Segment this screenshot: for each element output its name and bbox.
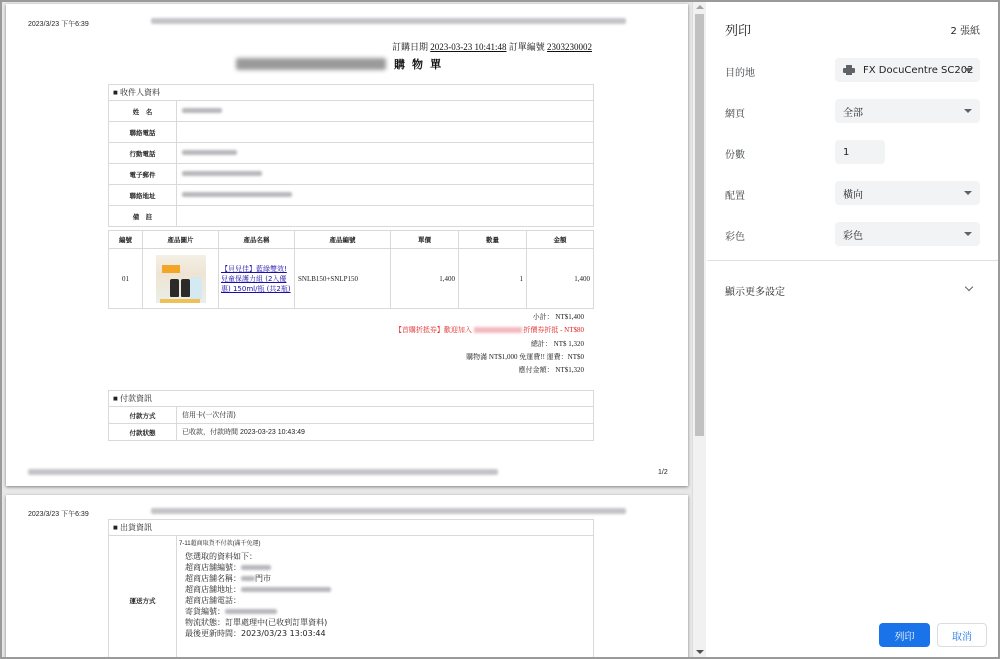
product-amount: 1,400 (527, 249, 594, 309)
payment-section-title: ■ 付款資訊 (109, 391, 594, 407)
cancel-button[interactable]: 取消 (937, 623, 987, 647)
shipping-fee: 購物滿 NT$1,000 免運費!! 運費：NT$0 (466, 352, 584, 362)
page-header-url (151, 508, 626, 514)
column-header: 產品名稱 (219, 231, 295, 249)
field-value: 已收款，付款時間 2023-03-23 10:43:49 (177, 424, 594, 441)
print-preview: 2023/3/23 下午6:39 訂購日期 2023-03-23 10:41:4… (2, 2, 692, 657)
layout-row: 配置 橫向 (725, 181, 980, 205)
shipping-detail-text: 您選取的資料如下： (185, 552, 257, 561)
pages-label: 網頁 (725, 105, 745, 120)
pages-select[interactable]: 全部 (835, 99, 980, 123)
recipient-table: ■ 收件人資料 姓 名聯絡電話行動電話電子郵件聯絡地址備 註 (108, 84, 594, 227)
field-value (177, 206, 594, 227)
page-header-date: 2023/3/23 下午6:39 (28, 509, 89, 519)
payment-table: ■ 付款資訊 付款方式信用卡(一次付清)付款狀態已收款，付款時間 2023-03… (108, 390, 594, 441)
shipping-detail-line: 超商店舖地址： (185, 584, 593, 595)
page-header-url (151, 18, 626, 24)
shop-name-blurred (236, 58, 386, 70)
order-date: 2023-03-23 10:41:48 (430, 42, 506, 52)
scroll-down-arrow-icon[interactable] (696, 650, 704, 654)
table-row: 備 註 (109, 206, 594, 227)
field-value (177, 122, 594, 143)
order-no: 2303230002 (547, 42, 592, 52)
layout-value: 橫向 (843, 186, 863, 201)
preview-scrollbar[interactable] (692, 2, 706, 657)
pages-value: 全部 (843, 104, 863, 119)
table-row: 電子郵件 (109, 164, 594, 185)
color-label: 彩色 (725, 228, 745, 243)
printer-icon (843, 65, 855, 75)
product-image (156, 255, 206, 303)
table-row: 付款狀態已收款，付款時間 2023-03-23 10:43:49 (109, 424, 594, 441)
product-code: SNLB150+SNLP150 (295, 249, 391, 309)
blurred-text (241, 576, 255, 581)
shipping-detail-text: 超商店舖地址： (185, 585, 241, 594)
dropdown-caret-icon (964, 109, 972, 113)
shipping-method-label: 運送方式 (109, 536, 177, 658)
field-value (177, 164, 594, 185)
field-label: 行動電話 (109, 143, 177, 164)
destination-row: 目的地 FX DocuCentre SC202 (725, 58, 980, 82)
preview-page-1: 2023/3/23 下午6:39 訂購日期 2023-03-23 10:41:4… (6, 4, 688, 486)
destination-select[interactable]: FX DocuCentre SC202 (835, 58, 980, 82)
coupon-prefix: 【首購折抵券】歡迎加入 (395, 326, 472, 334)
shipping-detail-text: 超商店舖名稱： (185, 574, 241, 583)
shipping-detail-line: 您選取的資料如下： (185, 551, 593, 562)
scroll-up-arrow-icon[interactable] (696, 5, 704, 9)
shipping-detail-text: 最後更新時間：2023/03/23 13:03:44 (185, 629, 326, 638)
product-qty: 1 (459, 249, 527, 309)
shipping-detail-text: 寄貨編號： (185, 607, 225, 616)
copies-label: 份數 (725, 146, 745, 161)
shipping-method-cell: 7-11超商取貨不付款(滿千免運) 您選取的資料如下：超商店舖編號：超商店舖名稱… (177, 536, 594, 658)
recipient-section-title: ■ 收件人資料 (109, 85, 594, 101)
dropdown-caret-icon (964, 68, 972, 72)
field-label: 備 註 (109, 206, 177, 227)
panel-title: 列印 (725, 20, 751, 39)
table-row: 行動電話 (109, 143, 594, 164)
shipping-detail-text: 物流狀態：訂單處理中(已收到訂單資料) (185, 618, 327, 627)
blurred-text (182, 150, 237, 155)
field-value (177, 101, 594, 122)
color-row: 彩色 彩色 (725, 222, 980, 246)
page-header-date: 2023/3/23 下午6:39 (28, 19, 89, 29)
page-number: 1/2 (658, 469, 668, 476)
total: 總計： NT$ 1,320 (531, 339, 584, 349)
table-row: 聯絡地址 (109, 185, 594, 206)
blurred-text (182, 108, 222, 113)
shipping-details: 您選取的資料如下：超商店舖編號：超商店舖名稱：門市超商店舖地址：超商店舖電話：寄… (177, 551, 593, 639)
scrollbar-thumb[interactable] (695, 14, 704, 436)
shipping-detail-line: 物流狀態：訂單處理中(已收到訂單資料) (185, 617, 593, 628)
layout-label: 配置 (725, 187, 745, 202)
shipping-detail-line: 超商店舖名稱：門市 (185, 573, 593, 584)
table-row: 姓 名 (109, 101, 594, 122)
column-header: 編號 (109, 231, 143, 249)
field-label: 電子郵件 (109, 164, 177, 185)
field-label: 姓 名 (109, 101, 177, 122)
shipping-section-title: ■ 出貨資訊 (109, 520, 594, 536)
shipping-detail-line: 寄貨編號： (185, 606, 593, 617)
shipping-table: ■ 出貨資訊 運送方式 7-11超商取貨不付款(滿千免運) 您選取的資料如下：超… (108, 519, 594, 657)
column-header: 數量 (459, 231, 527, 249)
print-button[interactable]: 列印 (879, 623, 930, 647)
divider (707, 260, 998, 261)
column-header: 產品編號 (295, 231, 391, 249)
product-image-cell (143, 249, 219, 309)
print-settings-panel: 列印 2 張紙 目的地 FX DocuCentre SC202 網頁 全部 份數… (707, 2, 998, 657)
pages-row: 網頁 全部 (725, 99, 980, 123)
blurred-text (225, 609, 277, 614)
layout-select[interactable]: 橫向 (835, 181, 980, 205)
chevron-down-icon[interactable] (965, 283, 973, 291)
color-value: 彩色 (843, 227, 863, 242)
column-header: 金額 (527, 231, 594, 249)
field-value: 信用卡(一次付清) (177, 407, 594, 424)
blurred-text (182, 192, 292, 197)
copies-row: 份數 1 (725, 140, 980, 164)
blurred-text (241, 587, 331, 592)
doc-title: 購 物 單 (394, 56, 443, 72)
more-settings-toggle[interactable]: 顯示更多設定 (725, 283, 785, 298)
coupon-blurred (474, 327, 522, 333)
order-no-label: 訂單編號 (509, 42, 545, 52)
shipping-detail-suffix: 門市 (255, 574, 271, 583)
order-info: 訂購日期 2023-03-23 10:41:48 訂單編號 2303230002 (392, 40, 592, 53)
product-table: 編號產品圖片產品名稱產品編號單價數量金額 01 【貝兒佳】藍綠雙效!兒 (108, 230, 594, 309)
field-label: 聯絡電話 (109, 122, 177, 143)
destination-label: 目的地 (725, 64, 755, 79)
order-date-label: 訂購日期 (392, 42, 428, 52)
field-label: 付款狀態 (109, 424, 177, 441)
subtotal: 小計： NT$1,400 (533, 312, 584, 322)
dropdown-caret-icon (964, 232, 972, 236)
column-header: 產品圖片 (143, 231, 219, 249)
doc-title-row: 購 物 單 (236, 56, 443, 72)
field-label: 聯絡地址 (109, 185, 177, 206)
coupon-line: 【首購折抵券】歡迎加入 折價券折抵 - NT$80 (395, 325, 584, 335)
product-name-cell: 【貝兒佳】藍綠雙效!兒童保護力組 (2入優惠) 150ml/瓶 (共2瓶) (219, 249, 295, 309)
page-footer-url (28, 469, 498, 475)
table-row: 01 【貝兒佳】藍綠雙效!兒童保護力組 (2入優惠) 150ml/瓶 (共2瓶) (109, 249, 594, 309)
blurred-text (241, 565, 271, 570)
coupon-suffix: 折價券折抵 - NT$80 (523, 326, 584, 334)
dropdown-caret-icon (964, 191, 972, 195)
shipping-detail-text: 超商店舖編號： (185, 563, 241, 572)
product-name-link[interactable]: 【貝兒佳】藍綠雙效!兒童保護力組 (2入優惠) 150ml/瓶 (共2瓶) (219, 264, 294, 294)
shipping-detail-line: 超商店舖電話： (185, 595, 593, 606)
color-select[interactable]: 彩色 (835, 222, 980, 246)
shipping-detail-line: 最後更新時間：2023/03/23 13:03:44 (185, 628, 593, 639)
product-no: 01 (109, 249, 143, 309)
table-row: 聯絡電話 (109, 122, 594, 143)
payable-amount: 應付金額： NT$1,320 (519, 365, 584, 375)
shipping-detail-line: 超商店舖編號： (185, 562, 593, 573)
print-dialog: 2023/3/23 下午6:39 訂購日期 2023-03-23 10:41:4… (0, 0, 1000, 659)
shipping-method: 7-11超商取貨不付款(滿千免運) (177, 536, 593, 551)
field-label: 付款方式 (109, 407, 177, 424)
sheet-count: 2 張紙 (950, 22, 980, 37)
product-price: 1,400 (391, 249, 459, 309)
field-value (177, 185, 594, 206)
column-header: 單價 (391, 231, 459, 249)
destination-value: FX DocuCentre SC202 (863, 65, 973, 76)
copies-input[interactable]: 1 (835, 140, 885, 164)
field-value (177, 143, 594, 164)
preview-page-2: 2023/3/23 下午6:39 ■ 出貨資訊 運送方式 7-11超商取貨不付款… (6, 495, 688, 657)
table-row: 付款方式信用卡(一次付清) (109, 407, 594, 424)
shipping-detail-text: 超商店舖電話： (185, 596, 241, 605)
blurred-text (182, 171, 262, 176)
